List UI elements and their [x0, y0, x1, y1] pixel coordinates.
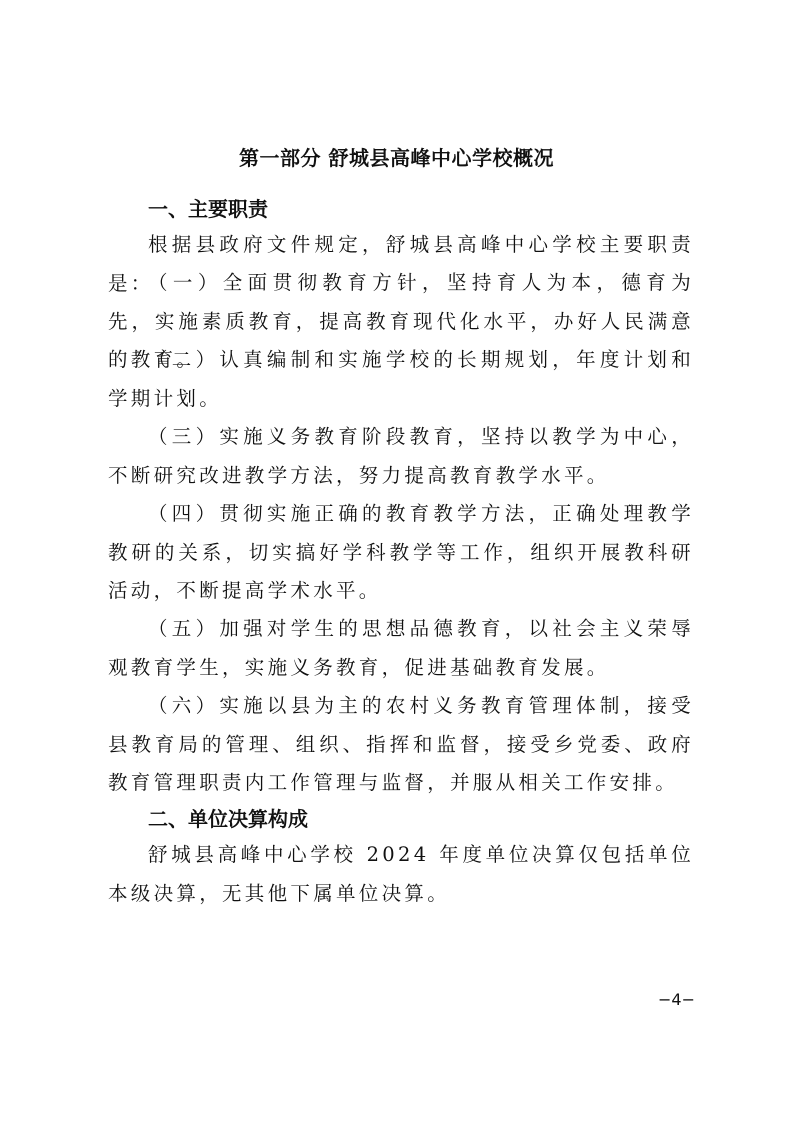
- paragraph-duty-6: （六）实施以县为主的农村义务教育管理体制，接受县教育局的管理、组织、指挥和监督，…: [108, 687, 694, 803]
- paragraph-duty-5: （五）加强对学生的思想品德教育，以社会主义荣辱观教育学生，实施义务教育，促进基础…: [108, 610, 694, 687]
- document-page: 第一部分 舒城县高峰中心学校概况 一、主要职责 根据县政府文件规定，舒城县高峰中…: [0, 0, 793, 1122]
- section-heading-duties: 一、主要职责: [148, 193, 268, 222]
- page-title: 第一部分 舒城县高峰中心学校概况: [0, 142, 793, 171]
- paragraph-duty-2: （二）认真编制和实施学校的长期规划，年度计划和学期计划。: [108, 341, 694, 418]
- paragraph-duty-3: （三）实施义务教育阶段教育，坚持以教学为中心，不断研究改进教学方法，努力提高教育…: [108, 418, 694, 495]
- section-heading-composition: 二、单位决算构成: [148, 803, 308, 832]
- paragraph-composition: 舒城县高峰中心学校 2024 年度单位决算仅包括单位本级决算，无其他下属单位决算…: [108, 836, 694, 913]
- page-number: −4−: [658, 990, 695, 1009]
- paragraph-duty-4: （四）贯彻实施正确的教育教学方法，正确处理教学教研的关系，切实搞好学科教学等工作…: [108, 495, 694, 611]
